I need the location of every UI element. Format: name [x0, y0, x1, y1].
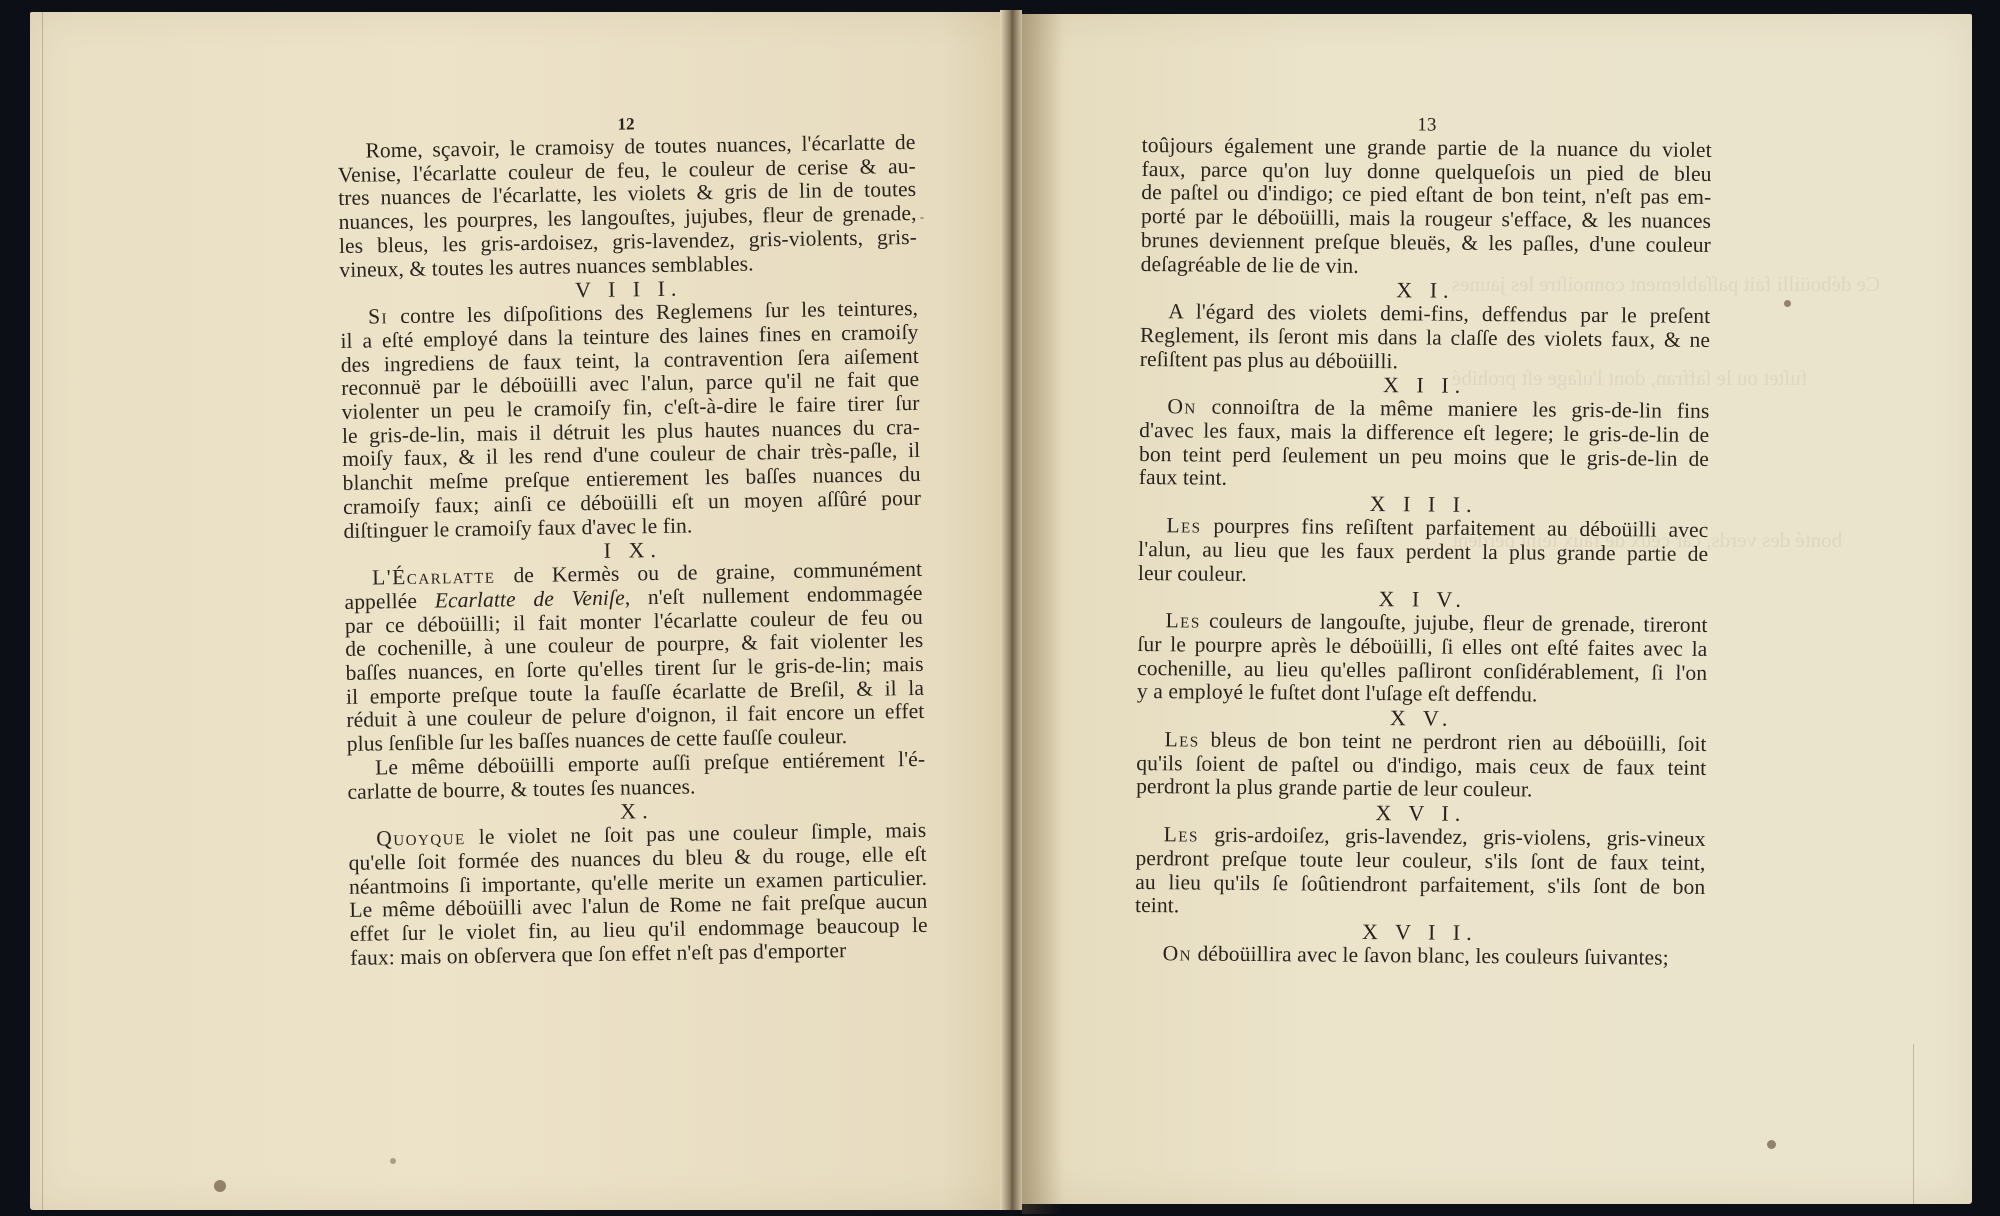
paragraph: On déboüillira avec le ſavon blanc, les …: [1135, 942, 1705, 971]
ink-spot: [920, 217, 924, 219]
left-page: 12 Rome, sçavoir, le cramoisy de toutes …: [30, 12, 1020, 1210]
drop-lead-word: Les: [1164, 727, 1199, 751]
paragraph: L'Écarlatte de Kermès ou de graine, comm…: [344, 558, 925, 757]
page-edge: [1913, 1044, 1914, 1204]
paragraph: Les couleurs de langouſte, jujube, fleur…: [1137, 609, 1708, 709]
ink-spot: [1784, 300, 1791, 307]
ink-spot: [214, 1180, 226, 1192]
paragraph: On connoiſtra de la même maniere les gri…: [1139, 395, 1710, 495]
paragraph: Les pourpres fins reſiſtent parfaitement…: [1138, 514, 1709, 590]
drop-lead-word: L'Écarlatte: [372, 564, 496, 590]
gutter-shadow: [1022, 14, 1062, 1214]
ink-spot: [390, 1158, 396, 1164]
drop-lead-word: On: [1167, 395, 1197, 419]
drop-lead-word: Si: [368, 304, 388, 328]
paragraph: Quoyque le violet ne ſoit pas une couleu…: [348, 819, 928, 970]
page-edge: [42, 12, 43, 1210]
ink-spot: [1767, 1140, 1776, 1149]
drop-lead-word: Les: [1166, 513, 1201, 537]
drop-lead-word: On: [1163, 941, 1193, 965]
drop-lead-word: Les: [1164, 822, 1199, 846]
paragraph: Les gris-ardoiſez, gris-lavendez, gris-v…: [1135, 823, 1706, 923]
book-spread: 12 Rome, sçavoir, le cramoisy de toutes …: [0, 0, 2000, 1216]
paragraph: A l'égard des violets demi-fins, deffend…: [1140, 300, 1711, 376]
paragraph: Rome, sçavoir, le cramoisy de toutes nua…: [337, 131, 917, 282]
paragraph: Si contre les diſpoſitions des Reglemens…: [340, 297, 922, 543]
right-page: Ce déboüilli fait paſſablement connoiſtr…: [1022, 14, 1972, 1204]
paragraph: Les bleus de bon teint ne perdront rien …: [1136, 728, 1707, 804]
paragraph: toûjours également une grande partie de …: [1141, 134, 1712, 281]
drop-lead-word: Quoyque: [376, 825, 466, 850]
gutter: [1000, 10, 1022, 1210]
drop-lead-word: Les: [1165, 608, 1200, 632]
right-page-text: 13 toûjours également une grande partie …: [1135, 114, 1712, 971]
left-page-text: 12 Rome, sçavoir, le cramoisy de toutes …: [337, 111, 928, 970]
text-line: On déboüillira avec le ſavon blanc, les …: [1135, 942, 1705, 971]
